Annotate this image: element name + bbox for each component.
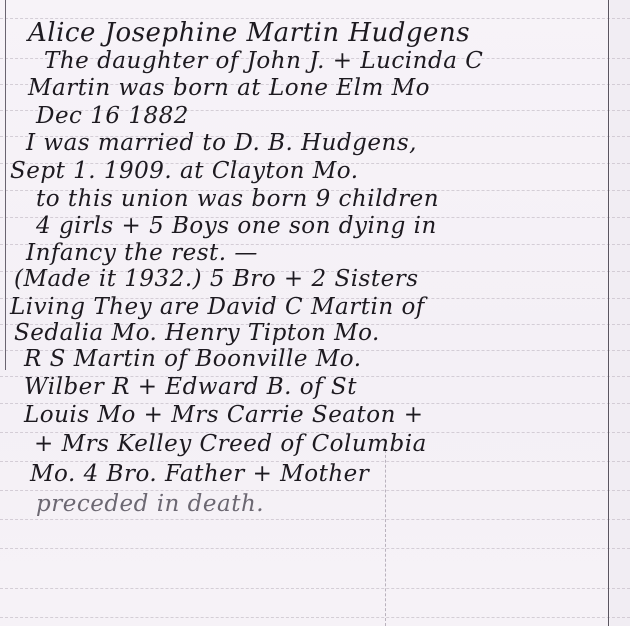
text-line-7: to this union was born 9 children [36,186,439,212]
text-line-8: 4 girls + 5 Boys one son dying in [36,213,437,239]
text-line-5: I was married to D. B. Hudgens, [26,130,417,156]
text-line-1: Alice Josephine Martin Hudgens [28,18,470,48]
right-margin-line [608,0,609,626]
text-line-13: R S Martin of Boonville Mo. [24,346,362,372]
text-line-12: Sedalia Mo. Henry Tipton Mo. [14,320,380,346]
text-line-14: Wilber R + Edward B. of St [24,374,357,400]
left-margin-line [5,0,6,370]
text-line-6: Sept 1. 1909. at Clayton Mo. [10,158,359,184]
ruled-line [0,588,630,589]
ruled-line [0,548,630,549]
text-line-2: The daughter of John J. + Lucinda C [44,48,483,74]
page-edge [610,0,630,626]
text-line-15: Louis Mo + Mrs Carrie Seaton + [24,402,424,428]
text-line-10: (Made it 1932.) 5 Bro + 2 Sisters [14,266,419,292]
ruled-line [0,617,630,618]
text-line-18: preceded in death. [36,491,264,517]
handwritten-page: Alice Josephine Martin Hudgens The daugh… [0,0,630,626]
text-line-4: Dec 16 1882 [36,103,189,129]
text-line-3: Martin was born at Lone Elm Mo [28,75,430,101]
text-line-17: Mo. 4 Bro. Father + Mother [30,461,369,487]
text-line-9: Infancy the rest. — [26,240,258,266]
text-line-11: Living They are David C Martin of [10,294,425,320]
text-line-16: + Mrs Kelley Creed of Columbia [34,431,427,457]
ruled-line [0,519,630,520]
middle-column-line [385,440,386,626]
